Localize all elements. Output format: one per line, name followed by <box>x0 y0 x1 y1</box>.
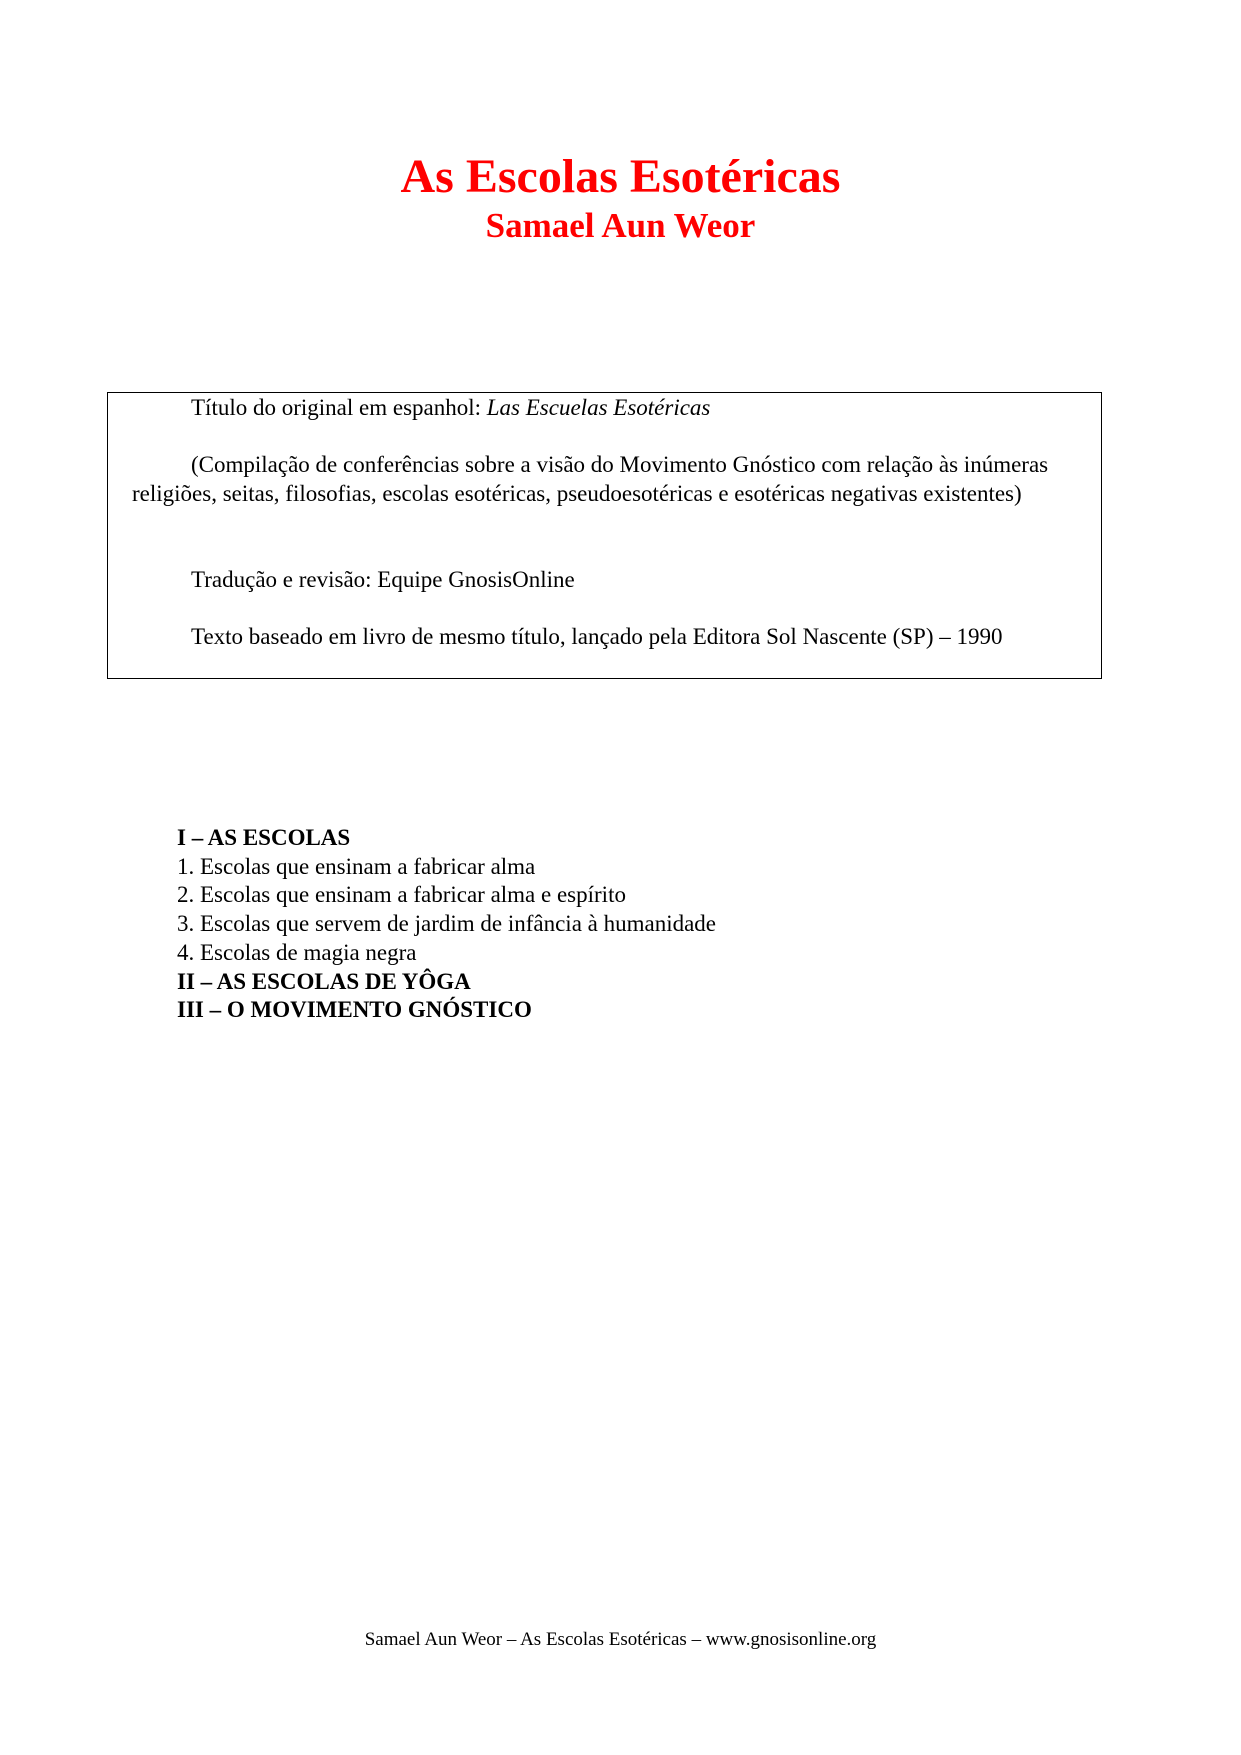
toc-item: 2. Escolas que ensinam a fabricar alma e… <box>177 881 716 910</box>
publication-info-box: Título do original em espanhol: Las Escu… <box>107 392 1102 679</box>
toc-item: II – AS ESCOLAS DE YÔGA <box>177 968 716 997</box>
translation-line: Tradução e revisão: Equipe GnosisOnline <box>132 565 1052 594</box>
source-paragraph: Texto baseado em livro de mesmo título, … <box>132 622 1052 651</box>
original-title-line: Título do original em espanhol: Las Escu… <box>132 393 1052 422</box>
toc-item: 3. Escolas que servem de jardim de infân… <box>177 910 716 939</box>
original-title-label: Título do original em espanhol: <box>191 395 487 420</box>
toc-item: I – AS ESCOLAS <box>177 824 716 853</box>
description-text: (Compilação de conferências sobre a visã… <box>132 452 1048 506</box>
toc-item: III – O MOVIMENTO GNÓSTICO <box>177 996 716 1025</box>
original-title: Las Escuelas Esotéricas <box>487 395 711 420</box>
translation-text: Tradução e revisão: Equipe GnosisOnline <box>191 567 575 592</box>
toc-item: 1. Escolas que ensinam a fabricar alma <box>177 853 716 882</box>
page-footer: Samael Aun Weor – As Escolas Esotéricas … <box>0 1629 1241 1651</box>
source-text: Texto baseado em livro de mesmo título, … <box>191 624 1003 649</box>
table-of-contents: I – AS ESCOLAS 1. Escolas que ensinam a … <box>177 824 716 1025</box>
document-title: As Escolas Esotéricas <box>0 150 1241 204</box>
description-paragraph: (Compilação de conferências sobre a visã… <box>132 450 1052 508</box>
document-author: Samael Aun Weor <box>0 206 1241 246</box>
toc-item: 4. Escolas de magia negra <box>177 939 716 968</box>
